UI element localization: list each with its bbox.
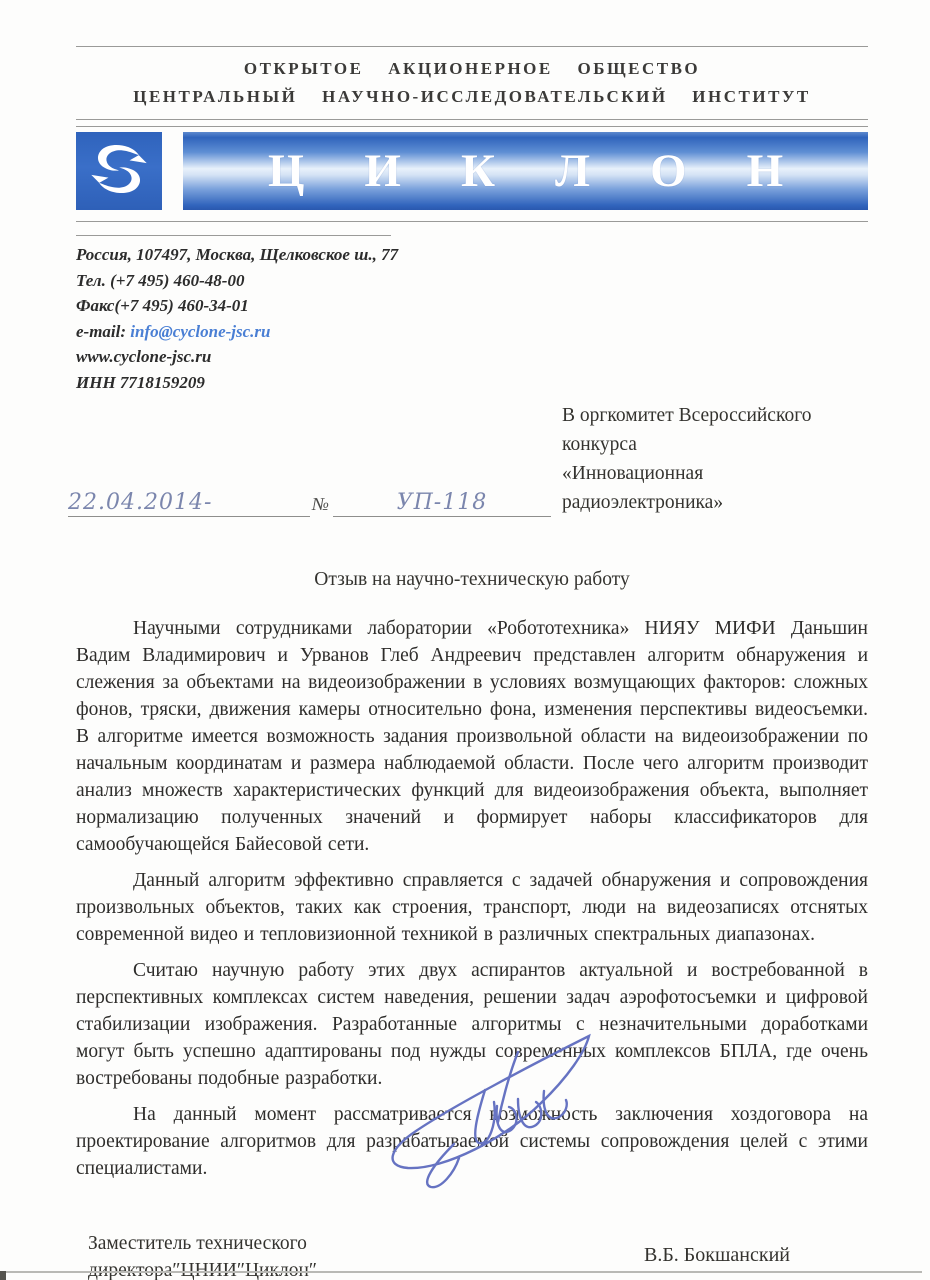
ref-and-recipient-row: 22.04.2014-№УП-118 В оргкомитет Всеросси… <box>76 397 868 517</box>
handwritten-number: УП-118 <box>397 490 488 515</box>
contact-address: Россия, 107497, Москва, Щелковское ш., 7… <box>76 242 868 268</box>
contact-website: www.cyclone-jsc.ru <box>76 344 868 370</box>
signer-name: В.Б. Бокшанский <box>644 1244 790 1267</box>
outgoing-ref-line: 22.04.2014-№УП-118 <box>76 397 562 517</box>
scan-corner-artifact <box>0 1271 6 1280</box>
recipient-line2: «Инновационная радиоэлектроника» <box>562 459 868 517</box>
email-label: e-mail: <box>76 322 130 341</box>
cyclone-logo-box <box>76 132 162 210</box>
contact-inn: ИНН 7718159209 <box>76 370 868 396</box>
letterhead-org-lines: ОТКРЫТОЕ АКЦИОНЕРНОЕ ОБЩЕСТВО ЦЕНТРАЛЬНЫ… <box>76 55 868 111</box>
email-address: info@cyclone-jsc.ru <box>130 322 270 341</box>
contacts-top-rule <box>76 235 391 236</box>
brand-name: ЦИКЛОН <box>268 148 843 195</box>
number-sign-label: № <box>310 494 333 517</box>
double-rule <box>76 119 868 127</box>
signer-position-line2: директора″ЦНИИ″Циклон″ <box>88 1257 317 1280</box>
contact-email-line: e-mail: info@cyclone-jsc.ru <box>76 319 868 345</box>
contact-phone: Тел. (+7 495) 460-48-00 <box>76 268 868 294</box>
recipient-line1: В оргкомитет Всероссийского конкурса <box>562 401 868 459</box>
contact-fax: Факс(+7 495) 460-34-01 <box>76 293 868 319</box>
brand-banner-bar: ЦИКЛОН <box>183 132 868 210</box>
org-type-line: ОТКРЫТОЕ АКЦИОНЕРНОЕ ОБЩЕСТВО <box>76 55 868 83</box>
body-paragraph: Научными сотрудниками лаборатории «Робот… <box>76 615 868 858</box>
document-title: Отзыв на научно-техническую работу <box>76 569 868 591</box>
banner-bottom-rule <box>76 221 868 222</box>
org-name-line: ЦЕНТРАЛЬНЫЙ НАУЧНО-ИССЛЕДОВАТЕЛЬСКИЙ ИНС… <box>76 83 868 111</box>
scan-bottom-edge <box>0 1271 922 1273</box>
cyclone-s-logo-icon <box>86 138 152 205</box>
contacts-block: Россия, 107497, Москва, Щелковское ш., 7… <box>76 242 868 395</box>
body-paragraph: Считаю научную работу этих двух аспирант… <box>76 957 868 1092</box>
letter-body: Научными сотрудниками лаборатории «Робот… <box>76 615 868 1182</box>
body-paragraph: Данный алгоритм эффективно справляется с… <box>76 867 868 948</box>
signer-position-line1: Заместитель технического <box>88 1230 317 1257</box>
number-field: УП-118 <box>333 490 551 517</box>
handwritten-date: 22.04.2014- <box>68 490 212 515</box>
brand-banner: ЦИКЛОН <box>76 132 868 210</box>
body-paragraph: На данный момент рассматривается возможн… <box>76 1101 868 1182</box>
scanned-letter-page: ОТКРЫТОЕ АКЦИОНЕРНОЕ ОБЩЕСТВО ЦЕНТРАЛЬНЫ… <box>0 0 930 1280</box>
date-field: 22.04.2014- <box>68 490 310 517</box>
recipient-block: В оргкомитет Всероссийского конкурса «Ин… <box>562 397 868 517</box>
top-rule <box>76 46 868 47</box>
